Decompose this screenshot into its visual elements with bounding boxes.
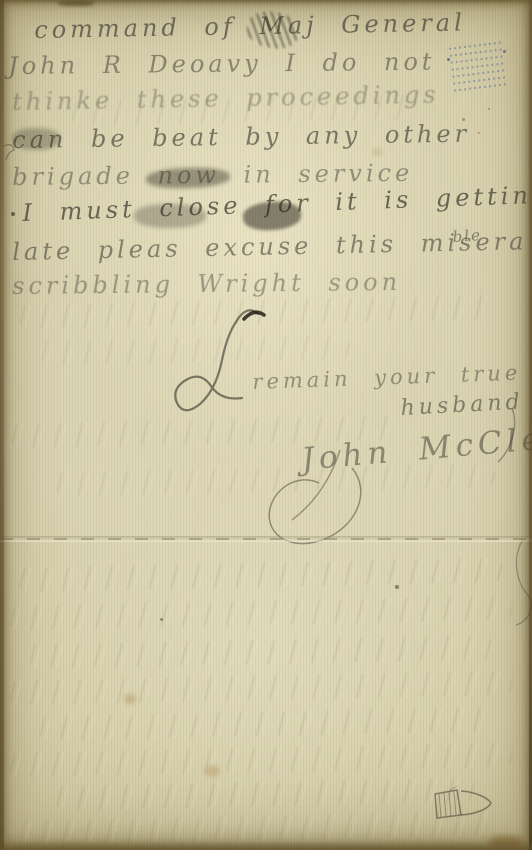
ink-speck — [11, 212, 15, 216]
paper-stain — [489, 836, 523, 848]
interlinear-insertion: ble — [452, 226, 482, 246]
page-edge — [0, 0, 4, 850]
signature: John McClela — [300, 417, 532, 477]
closing-line: husband — [400, 390, 524, 421]
paper-stain — [58, 0, 94, 6]
ghost-writing-row — [55, 463, 495, 496]
paper-stain — [205, 765, 220, 777]
ghost-writing-row — [18, 558, 503, 592]
ghost-writing-row — [18, 811, 498, 845]
letter-scan-page: command of Maj General John R Deoavy I d… — [0, 0, 532, 850]
closing-line: remain your true — [252, 361, 522, 394]
ghost-writing-row — [55, 778, 475, 811]
handwriting-line: John R Deoavy I do not — [8, 48, 436, 80]
ink-speck — [395, 585, 399, 589]
paper-stain — [372, 148, 382, 156]
ghost-writing-row — [8, 671, 513, 706]
rust-speck — [478, 132, 480, 134]
ghost-writing-row — [38, 707, 488, 740]
ghost-writing-row — [28, 635, 493, 669]
ink-speck — [160, 618, 163, 621]
handwriting-line: command of Maj General — [34, 8, 466, 44]
paper-stain — [124, 694, 136, 704]
page-edge — [0, 0, 532, 4]
page-edge — [0, 841, 532, 850]
fold-crease — [0, 536, 532, 542]
ghost-writing-row — [8, 743, 513, 778]
handwriting-line: brigade now in service — [12, 159, 413, 191]
ink-speck — [503, 50, 506, 53]
ghost-writing-row — [8, 596, 513, 631]
handwriting-line: thinke these proceedings — [12, 81, 440, 116]
handwriting-line: scribbling Wright soon — [12, 268, 401, 300]
rust-speck — [488, 108, 490, 110]
stamp-residue — [447, 39, 509, 95]
fold-crease-dashes — [0, 538, 532, 540]
bullet-doodle — [430, 782, 496, 830]
handwriting-line: can be beat by any other — [12, 120, 470, 154]
ghost-writing-row — [18, 295, 498, 329]
ink-speck — [447, 58, 450, 61]
handwriting-line: late pleas excuse this misera — [12, 227, 528, 266]
ghost-writing-row — [40, 335, 350, 365]
